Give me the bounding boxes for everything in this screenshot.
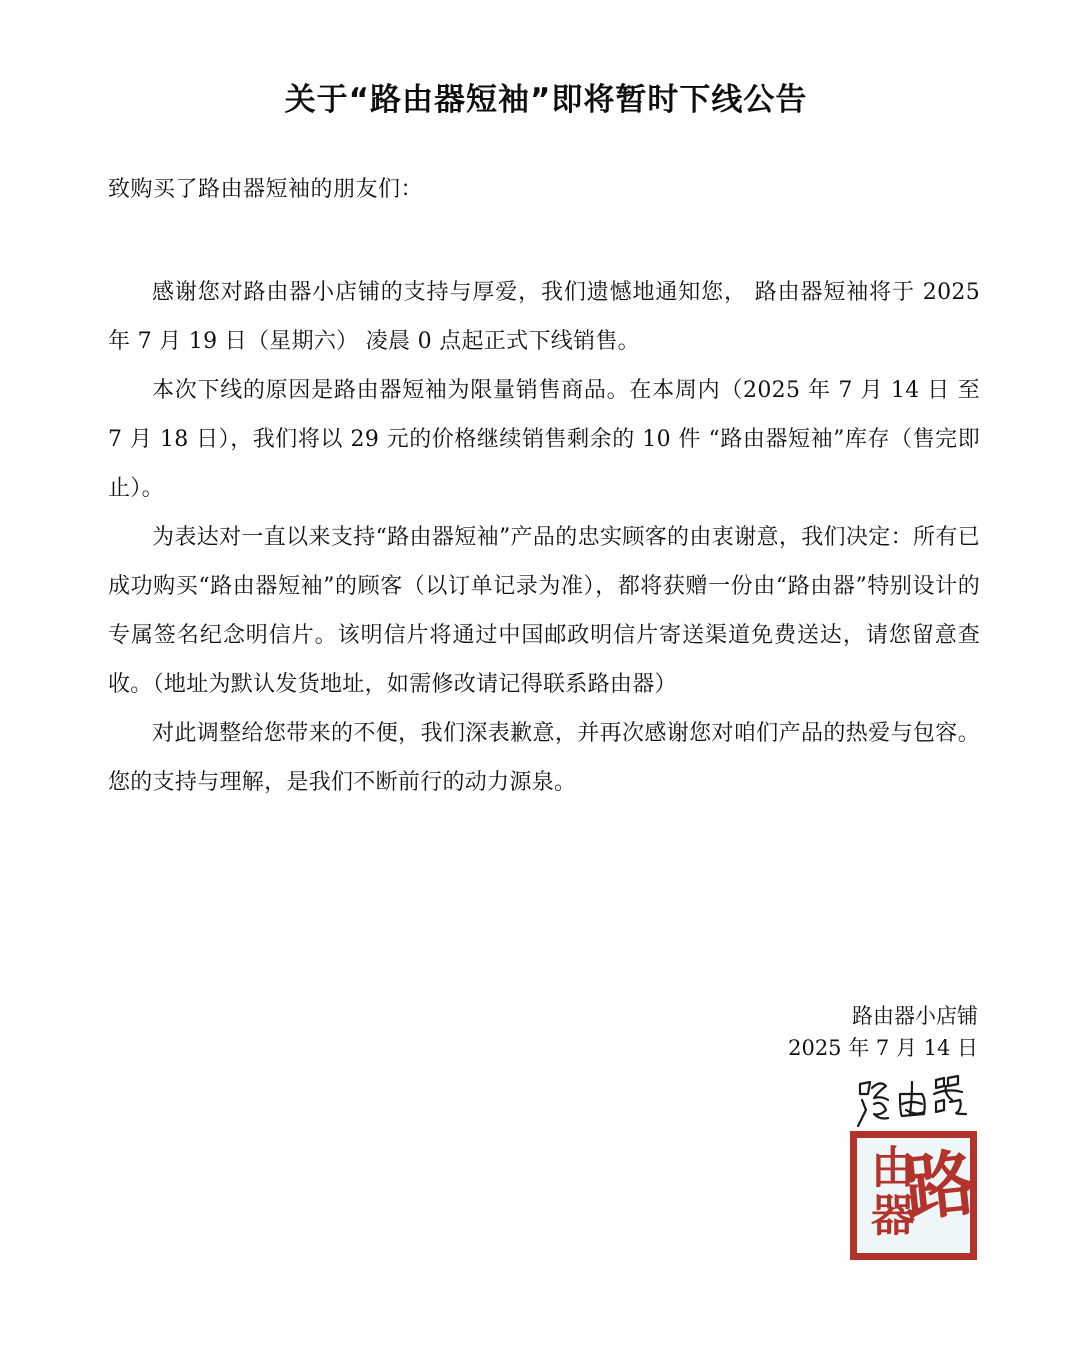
document-title: 关于“路由器短袖”即将暂时下线公告 [0, 76, 1092, 124]
body-content: 感谢您对路由器小店铺的支持与厚爱，我们遗憾地通知您， 路由器短袖将于 2025 … [108, 268, 980, 807]
paragraph-offline-notice: 感谢您对路由器小店铺的支持与厚爱，我们遗憾地通知您， 路由器短袖将于 2025 … [108, 268, 980, 366]
announcement-page: 关于“路由器短袖”即将暂时下线公告 致购买了路由器短袖的朋友们： 感谢您对路由器… [0, 0, 1092, 1346]
signoff-date: 2025 年 7 月 14 日 [788, 1032, 978, 1064]
paragraph-postcard-gift: 为表达对一直以来支持“路由器短袖”产品的忠实顾客的由衷谢意，我们决定：所有已成功… [108, 513, 980, 709]
paragraph-apology: 对此调整给您带来的不便，我们深表歉意，并再次感谢您对咱们产品的热爱与包容。您的支… [108, 709, 980, 807]
handwritten-signature-icon [852, 1070, 972, 1130]
seal-left-characters: 由器 [863, 1144, 913, 1240]
paragraph-limited-sale: 本次下线的原因是路由器短袖为限量销售商品。在本周内（2025 年 7 月 14 … [108, 366, 980, 513]
red-seal-stamp: 路 由器 [850, 1131, 977, 1260]
salutation: 致购买了路由器短袖的朋友们： [108, 172, 423, 208]
signoff-organization: 路由器小店铺 [852, 1000, 978, 1032]
